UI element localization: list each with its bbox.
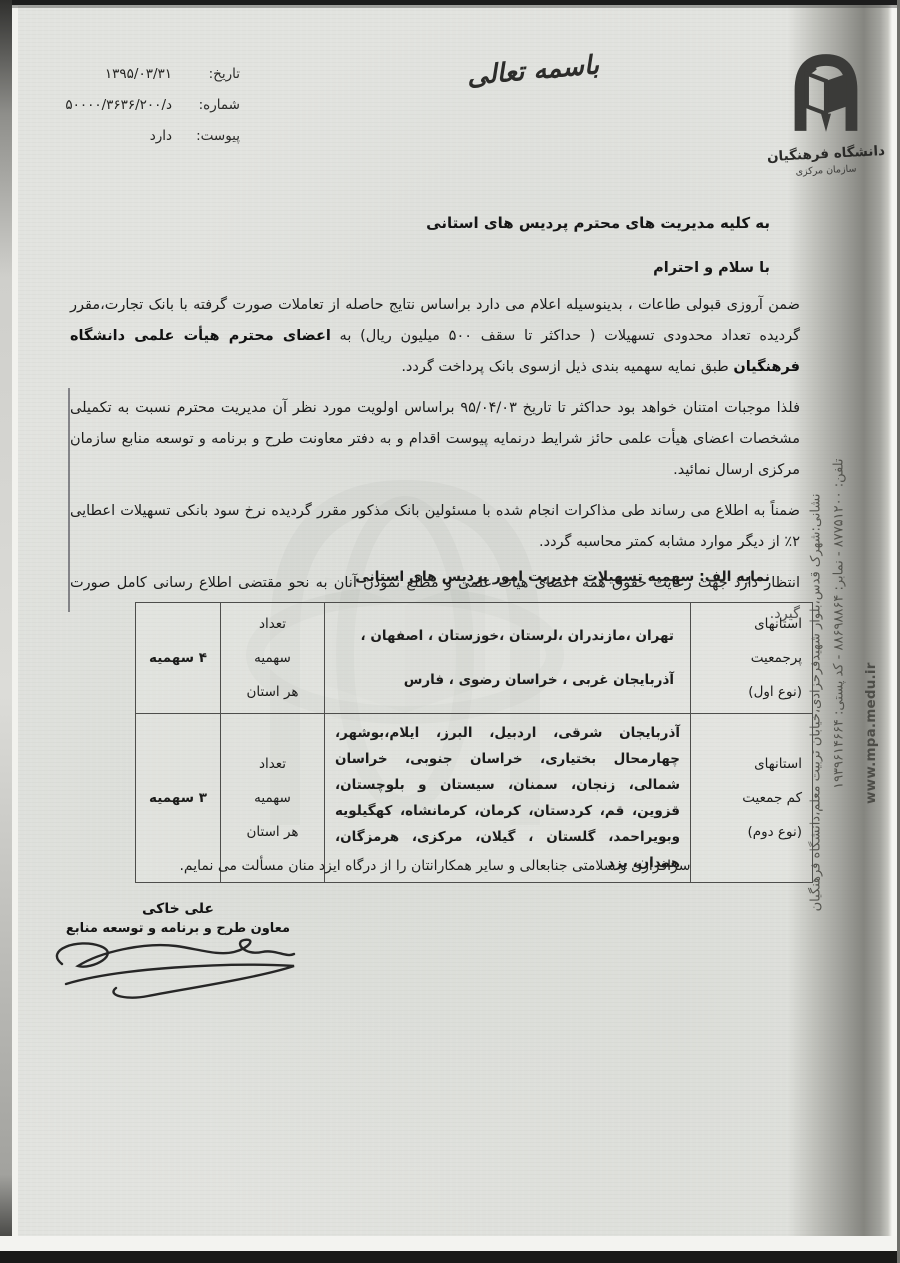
paragraph-1: ضمن آروزی قبولی طاعات ، بدینوسیله اعلام … bbox=[70, 290, 800, 383]
meta-number-row: شماره: د/۵۰۰۰۰/۳۶۳۶/۲۰۰ bbox=[0, 89, 240, 120]
scan-margin-bottom bbox=[0, 1236, 900, 1251]
date-value: ۱۳۹۵/۰۳/۳۱ bbox=[105, 66, 172, 82]
signature-mark-icon bbox=[48, 934, 308, 1009]
table-caption: نمایه الف: سهمیه تسهیلات مدیریت امور پرد… bbox=[355, 569, 770, 585]
scan-margin-left bbox=[12, 6, 18, 1246]
signature-block: علی خاکی معاون طرح و برنامه و توسعه مناب… bbox=[46, 901, 310, 1013]
letter-body: ضمن آروزی قبولی طاعات ، بدینوسیله اعلام … bbox=[70, 290, 800, 640]
addressee-line: به کلیه مدیریت های محترم پردیس های استان… bbox=[426, 214, 770, 232]
scan-fold-line bbox=[68, 388, 70, 612]
scan-edge-bottom bbox=[0, 1251, 900, 1263]
attachment-label: پیوست: bbox=[188, 128, 240, 144]
letter-meta: تاریخ: ۱۳۹۵/۰۳/۳۱ شماره: د/۵۰۰۰۰/۳۶۳۶/۲۰… bbox=[0, 58, 240, 151]
paragraph-1-tail: طبق نمایه سهمیه بندی ذیل ازسوی بانک پردا… bbox=[401, 359, 733, 375]
paragraph-2: فلذا موجبات امتنان خواهد بود حداکثر تا ت… bbox=[70, 393, 800, 486]
university-logo: دانشگاه فرهنگیان سازمان مرکزی bbox=[760, 40, 892, 176]
attachment-value: دارد bbox=[150, 128, 172, 144]
scan-edge-top-shadow bbox=[0, 5, 900, 8]
besmele-calligraphy: باسمه تعالی bbox=[427, 47, 639, 95]
meta-attachment-row: پیوست: دارد bbox=[0, 120, 240, 151]
date-label: تاریخ: bbox=[188, 66, 240, 82]
number-value: د/۵۰۰۰۰/۳۶۳۶/۲۰۰ bbox=[65, 97, 172, 113]
table-row: استانهای پرجمعیت (نوع اول) تهران ،مازندر… bbox=[136, 603, 813, 714]
greeting-line: با سلام و احترام bbox=[653, 260, 770, 276]
quota-label-cell: تعداد سهمیه هر استان bbox=[221, 603, 325, 714]
scan-edge-left bbox=[0, 0, 12, 1263]
paragraph-3: ضمناً به اطلاع می رساند طی مذاکرات انجام… bbox=[70, 496, 800, 558]
closing-line: سرافرازی و سلامتی جنابعالی و سایر همکارا… bbox=[85, 858, 785, 874]
university-emblem-icon bbox=[780, 40, 872, 140]
meta-date-row: تاریخ: ۱۳۹۵/۰۳/۳۱ bbox=[0, 58, 240, 89]
quota-value-cell: ۴ سهمیه bbox=[136, 603, 221, 714]
scanned-letter-page: نشانی:شهرک قدس،بلوار شهیدفرحزادی،خیابان … bbox=[0, 0, 900, 1263]
number-label: شماره: bbox=[188, 97, 240, 113]
category-cell: استانهای پرجمعیت (نوع اول) bbox=[691, 603, 813, 714]
letterhead-phone-fax: تلفن: ۸۷۷۵۱۲۰۰ - نمابر: ۸۸۶۹۸۸۶۴ - کد پس… bbox=[832, 459, 847, 999]
signer-name: علی خاکی bbox=[46, 901, 310, 917]
letterhead-website: www.mpa.medu.ir bbox=[863, 614, 879, 804]
quota-table: استانهای پرجمعیت (نوع اول) تهران ،مازندر… bbox=[135, 602, 813, 883]
provinces-cell: تهران ،مازندران ،لرستان ،خوزستان ، اصفها… bbox=[325, 603, 691, 714]
